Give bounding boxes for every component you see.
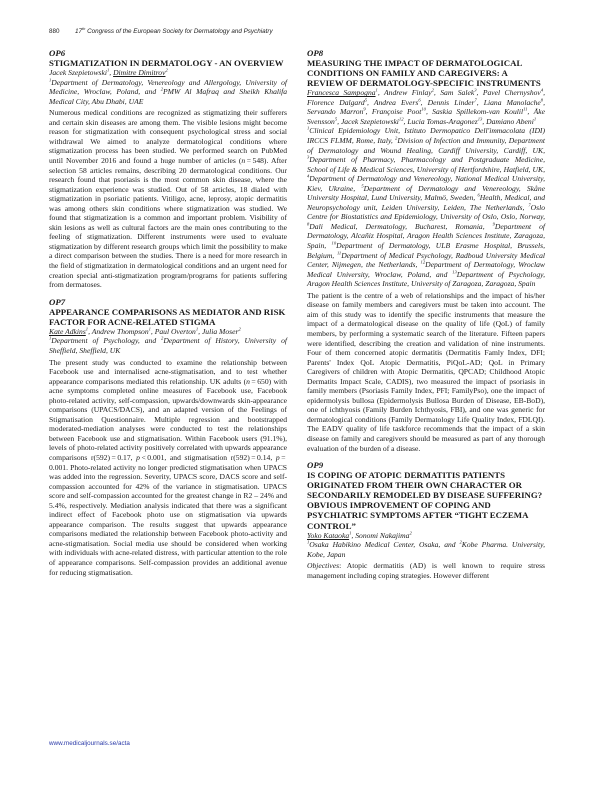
abstract-body: Numerous medical conditions are recogniz… (49, 108, 287, 289)
journal-url-link[interactable]: www.medicaljournals.se/acta (49, 740, 130, 747)
abstract-authors: Jacek Szepietowski1, Dimitre Dimitrov2 (49, 68, 287, 78)
abstract-affiliations: 1Department of Dermatology, Venereology … (49, 78, 287, 107)
abstract-affiliations: 1Department of Psychology, and 2Departme… (49, 336, 287, 355)
abstract-op7: OP7 APPEARANCE COMPARISONS AS MEDIATOR A… (49, 297, 287, 577)
abstract-title: IS COPING OF ATOPIC DERMATITIS PATIENTS … (307, 470, 545, 531)
abstract-title: STIGMATIZATION IN DERMATOLOGY - AN OVERV… (49, 58, 287, 68)
abstract-id: OP9 (307, 460, 545, 470)
running-title: 17th Congress of the European Society fo… (75, 28, 273, 35)
abstract-op6: OP6 STIGMATIZATION IN DERMATOLOGY - AN O… (49, 48, 287, 290)
abstract-authors: Kate Adkins1, Andrew Thompson1, Paul Ove… (49, 327, 287, 337)
running-title-text: Congress of the European Society for Der… (85, 28, 272, 35)
running-title-number: 17 (75, 28, 82, 35)
abstract-affiliations: 1Clinical Epidemiology Unit, Istituto De… (307, 126, 545, 288)
abstract-id: OP8 (307, 48, 545, 58)
page-number: 880 (49, 28, 75, 35)
abstract-id: OP7 (49, 297, 287, 307)
abstract-authors: Francesca Sampogna1, Andrew Finlay2, Sam… (307, 88, 545, 126)
abstract-op9: OP9 IS COPING OF ATOPIC DERMATITIS PATIE… (307, 460, 545, 580)
left-column: OP6 STIGMATIZATION IN DERMATOLOGY - AN O… (49, 48, 287, 584)
abstract-affiliations: 1Osaka Habikino Medical Center, Osaka, a… (307, 540, 545, 559)
abstract-title: APPEARANCE COMPARISONS AS MEDIATOR AND R… (49, 307, 287, 327)
running-header: 88017th Congress of the European Society… (49, 28, 569, 35)
abstract-authors: Yoko Kataoka1, Sonomi Nakajima2 (307, 531, 545, 541)
right-column: OP8 MEASURING THE IMPACT OF DERMATOLOGIC… (307, 48, 545, 587)
abstract-body: Objectives: Atopic dermatitis (AD) is we… (307, 561, 545, 580)
abstract-op8: OP8 MEASURING THE IMPACT OF DERMATOLOGIC… (307, 48, 545, 453)
abstract-id: OP6 (49, 48, 287, 58)
abstract-title: MEASURING THE IMPACT OF DERMATOLOGICAL C… (307, 58, 545, 88)
abstract-body: The patient is the centre of a web of re… (307, 291, 545, 453)
abstract-body: The present study was conducted to exami… (49, 358, 287, 578)
